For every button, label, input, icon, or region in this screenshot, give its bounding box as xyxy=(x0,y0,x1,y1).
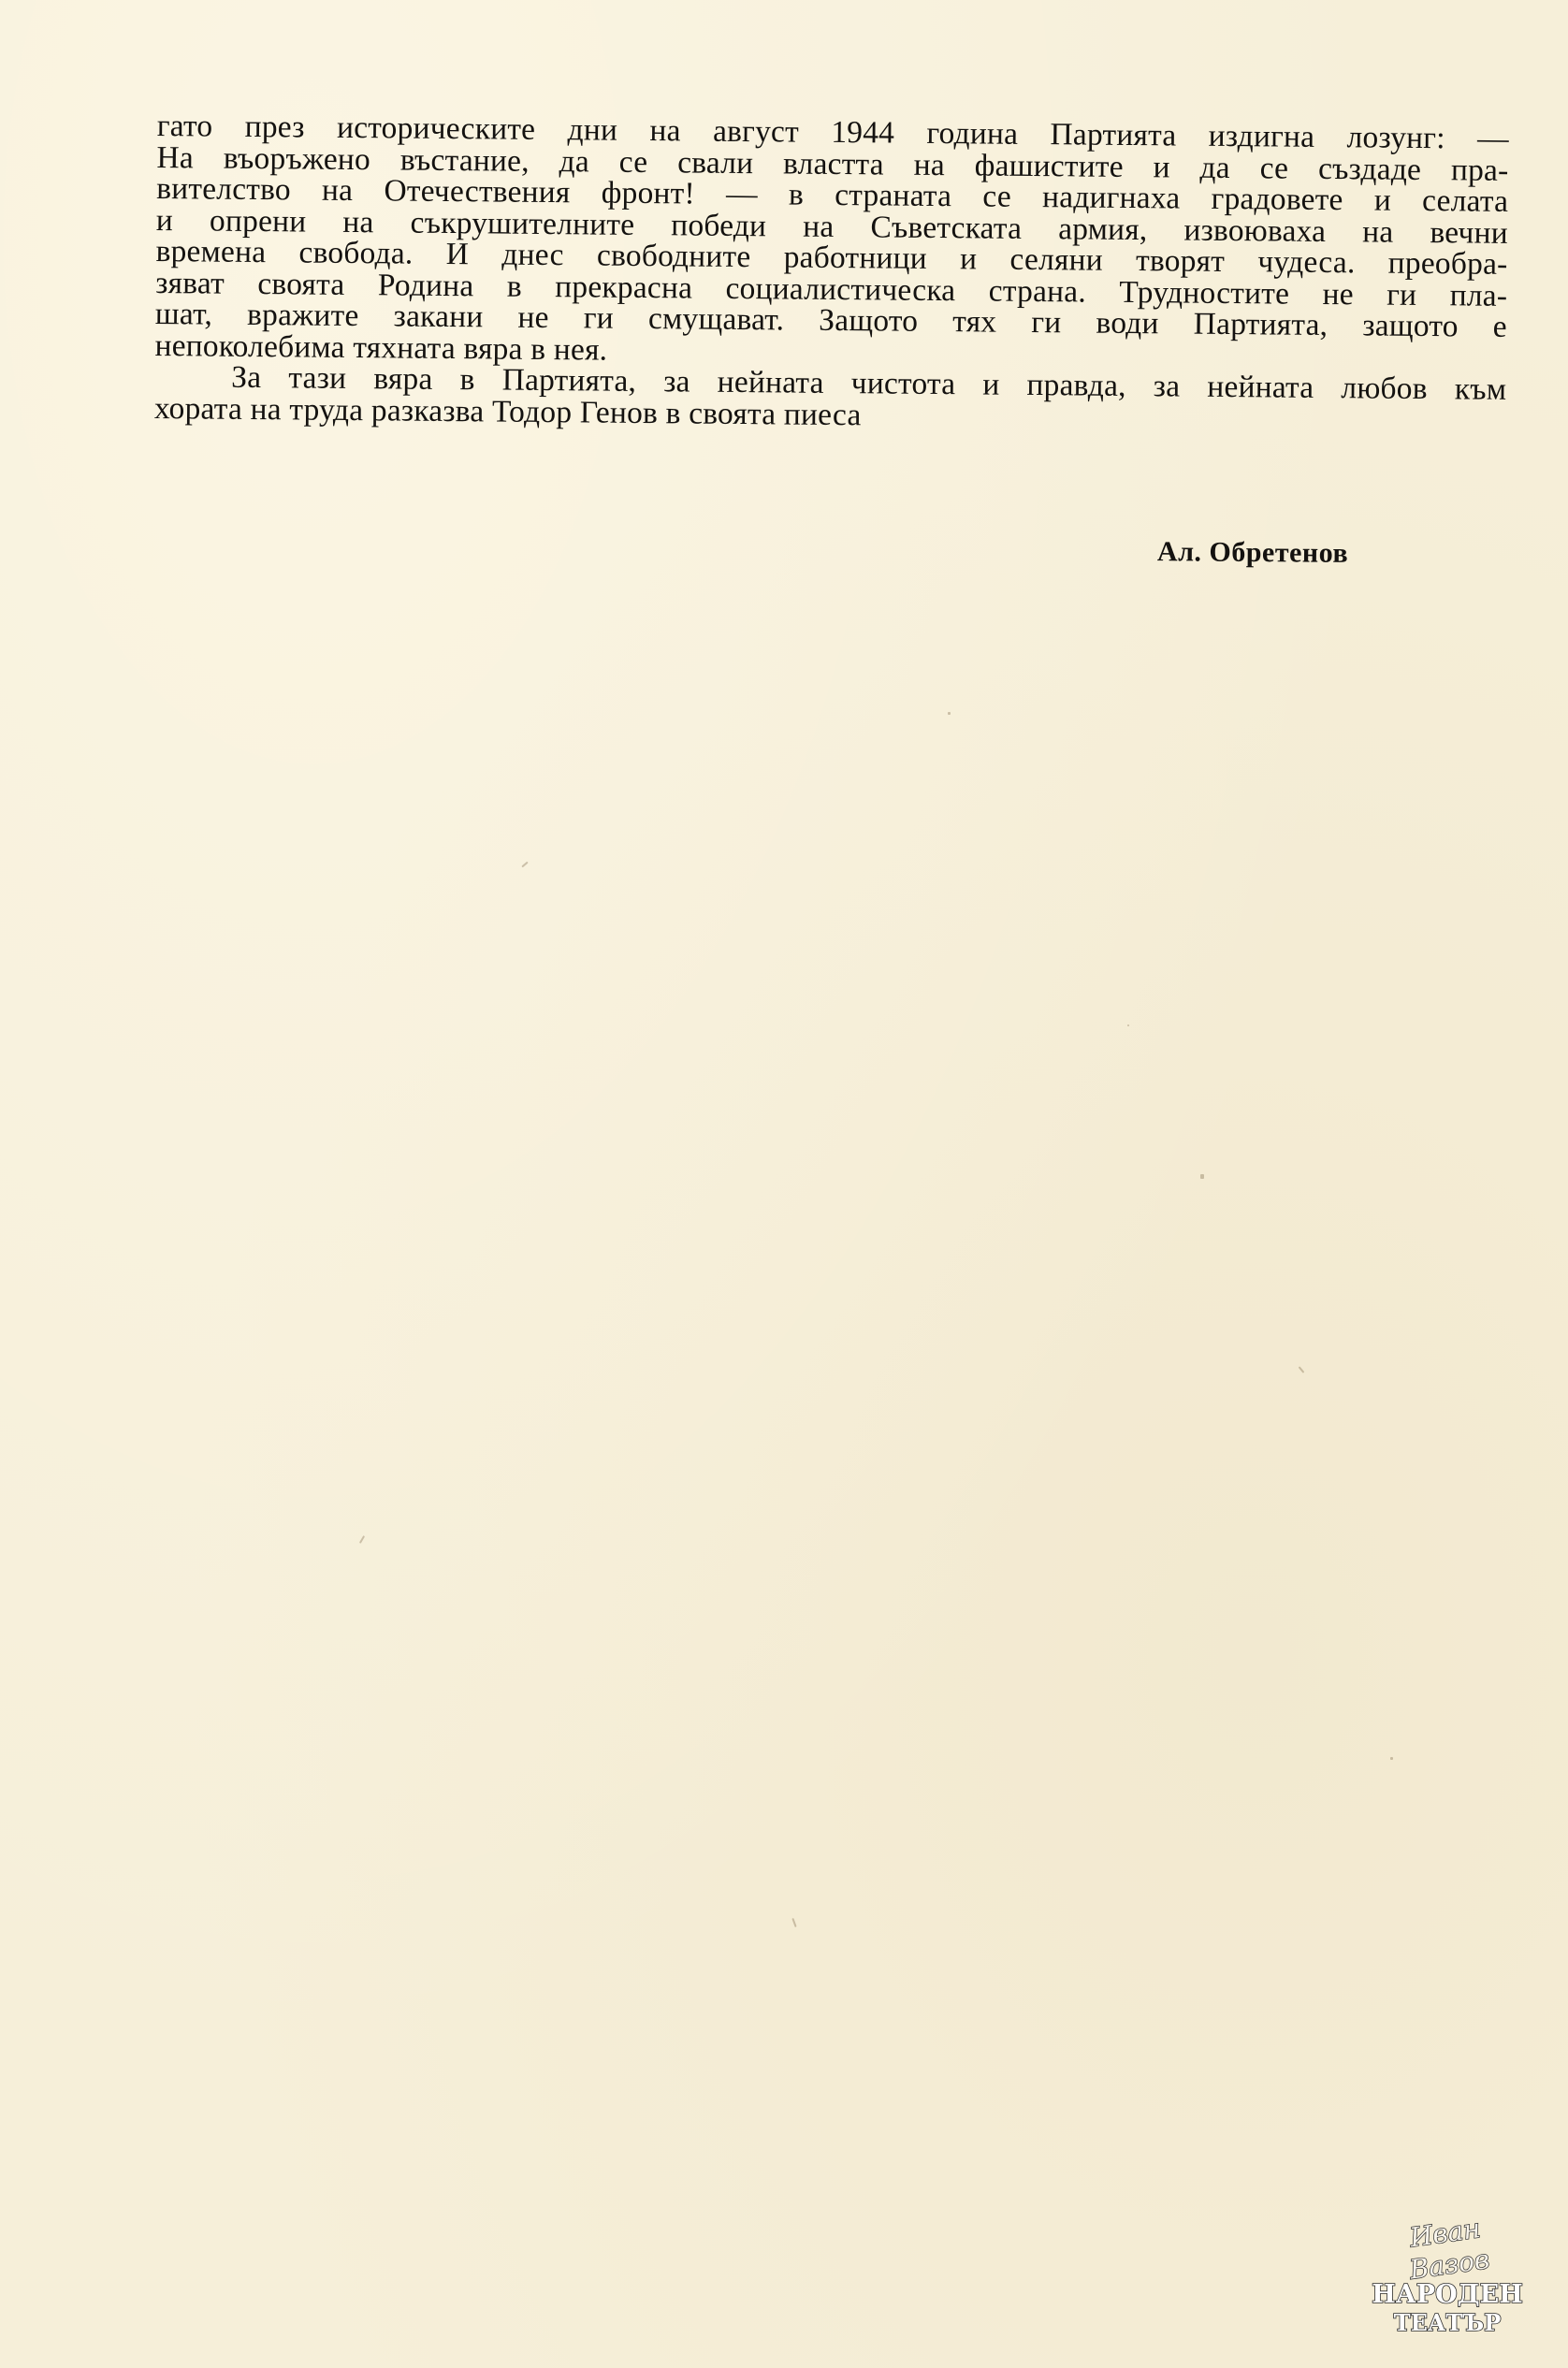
paper-speck xyxy=(1299,1366,1305,1373)
paper-speck xyxy=(1390,1757,1393,1760)
paper-speck xyxy=(791,1918,796,1927)
article-text: гато през историческите дни на август 19… xyxy=(154,110,1509,437)
scanned-page: гато през историческите дни на август 19… xyxy=(0,0,1568,2368)
paper-speck xyxy=(1200,1174,1204,1179)
logo-script-text: Иван Вазов xyxy=(1364,2207,1531,2292)
paper-speck xyxy=(948,712,951,715)
paper-speck xyxy=(521,862,528,868)
national-theatre-logo: Иван Вазов НАРОДЕН ТЕАТЪР xyxy=(1368,2217,1527,2337)
paper-speck xyxy=(359,1535,365,1544)
logo-line-2: ТЕАТЪР xyxy=(1368,2309,1527,2337)
paper-speck xyxy=(1127,1024,1129,1026)
author-signature: Ал. Обретенов xyxy=(1157,536,1348,570)
